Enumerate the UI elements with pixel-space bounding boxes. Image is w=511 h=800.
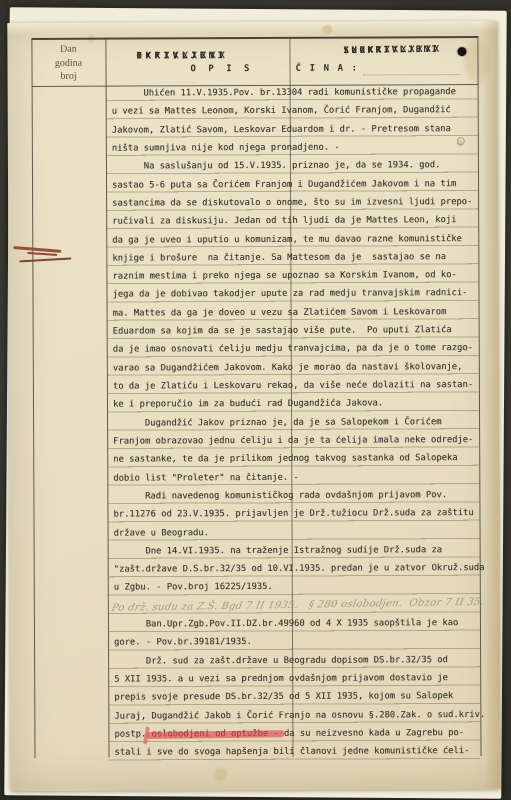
struck-out-label-right: SUOKRIVLJENI XXXXXXXXXXXX — [343, 45, 445, 59]
text-line: prepis svoje presude DS.br.32/35 od 5 XI… — [114, 687, 494, 707]
table-divider-date-column — [105, 38, 109, 758]
document-body: Uhićen 11.V.1935.Pov. br.13304 radi komu… — [112, 83, 495, 762]
rust-stain — [13, 246, 61, 252]
text-line: jega da je dobivao takodjer upute za rad… — [112, 284, 492, 304]
text-line: u vezi sa Mattes Leonom, Korski Ivanom, … — [112, 101, 492, 121]
punch-hole-dot — [457, 47, 466, 56]
text-line-red-highlight: postp. oslobodjeni od optužbe - da su ne… — [114, 724, 494, 744]
text-segment: - da su neizvesno kada u Zagrebu po- — [268, 728, 464, 739]
rust-stain — [19, 257, 71, 262]
document-sheet: Dan godina broj OKRIVLJENI XXXXXXXXXX SU… — [7, 21, 500, 791]
text-line: ništa sumnjiva nije kod njega pronadjeno… — [112, 138, 492, 158]
text-line: države u Beogradu. — [114, 522, 494, 542]
text-line: Dugandžić Jakov priznao je, da je sa Sal… — [113, 413, 493, 433]
text-line: da je imao osnovati ćeliju medju tranvaj… — [113, 339, 493, 359]
section-title-opis: O P I S — [191, 64, 253, 74]
text-line: ke i preporučio im za budući rad Dugandž… — [113, 394, 493, 414]
text-line: stali i sve do svoga hapšenja bili člano… — [114, 742, 494, 762]
overstrike-xs: XXXXXXXXXXXX — [343, 45, 442, 56]
text-line: sastancima da se diskutovalo o onome, št… — [112, 193, 492, 213]
text-line: Uhićen 11.V.1935.Pov. br.13304 radi komu… — [112, 83, 492, 103]
dotted-rule — [364, 65, 460, 75]
text-line: Drž. sud za zašt.države u Beogradu dopis… — [114, 651, 494, 671]
text-line: Eduardom sa kojim da se je sastajao više… — [113, 321, 493, 341]
text-line: br.11276 od 23.V.1935. prijavljen je Drž… — [113, 504, 493, 524]
text-line: knjige i brošure na čitanje. Sa Mattesom… — [112, 248, 492, 268]
text-line: ne sastanke, te da je prilikom jednog ta… — [113, 449, 493, 469]
text-line: dobio list "Proleter" na čitanje. - — [113, 468, 493, 488]
handwritten-note-line: Po drž. sudu za Z.Š. Bgd 7 II 1935. § 28… — [114, 596, 494, 616]
text-line: Franjom obrazovao jednu ćeliju i da je t… — [113, 431, 493, 451]
section-title-cina: Č I N A : — [296, 64, 359, 74]
text-line: Juraj, Dugandžić Jakob i Čorić Franjo na… — [114, 706, 494, 726]
text-line: 5 XII 1935. a u vezi sa prednjom ovdašnj… — [114, 669, 494, 689]
text-line: ma. Mattes da ga je doveo u vezu sa Zlat… — [113, 303, 493, 323]
overstrike-xs: XXXXXXXXXX — [136, 51, 228, 61]
paper-speck — [457, 137, 465, 145]
text-line: da ga je uveo i uputio u komunizam, te m… — [112, 229, 492, 249]
struck-out-label-left: OKRIVLJENI XXXXXXXXXX — [136, 51, 232, 63]
date-column-line: broj — [32, 70, 106, 84]
date-column-line: Dan — [31, 43, 105, 57]
date-column-header: Dan godina broj — [31, 40, 105, 89]
text-line: Jakovom, Zlatić Savom, Leskovar Eduardom… — [112, 120, 492, 140]
text-line: raznim mestima i preko njega se upoznao … — [112, 266, 492, 286]
table-border-left — [31, 38, 35, 758]
red-marked-text: oslobodjeni od optužbe — [151, 729, 268, 740]
text-line: varao sa Dugandžićem Jakovom. Kako je mo… — [113, 358, 493, 378]
text-line: "zašt.države D.S.br.32/35 od 10.VI.1935.… — [114, 559, 494, 579]
text-line: ručivali za diskusiju. Jedan od tih ljud… — [112, 211, 492, 231]
text-line: sastao 5-6 puta sa Čorićem Franjom i Dug… — [112, 175, 492, 195]
text-line: Dne 14.VI.1935. na traženje Istražnog su… — [114, 541, 494, 561]
text-line: to da je Zlatiću i Leskovaru rekao, da v… — [113, 376, 493, 396]
text-line: Radi navedenog komunističkog rada ovdašn… — [113, 486, 493, 506]
date-column-line: godina — [31, 56, 105, 70]
text-line: Na saslušanju od 15.V.1935. priznao je, … — [112, 156, 492, 176]
text-line: gore. - Pov.br.39181/1935. — [114, 632, 494, 652]
